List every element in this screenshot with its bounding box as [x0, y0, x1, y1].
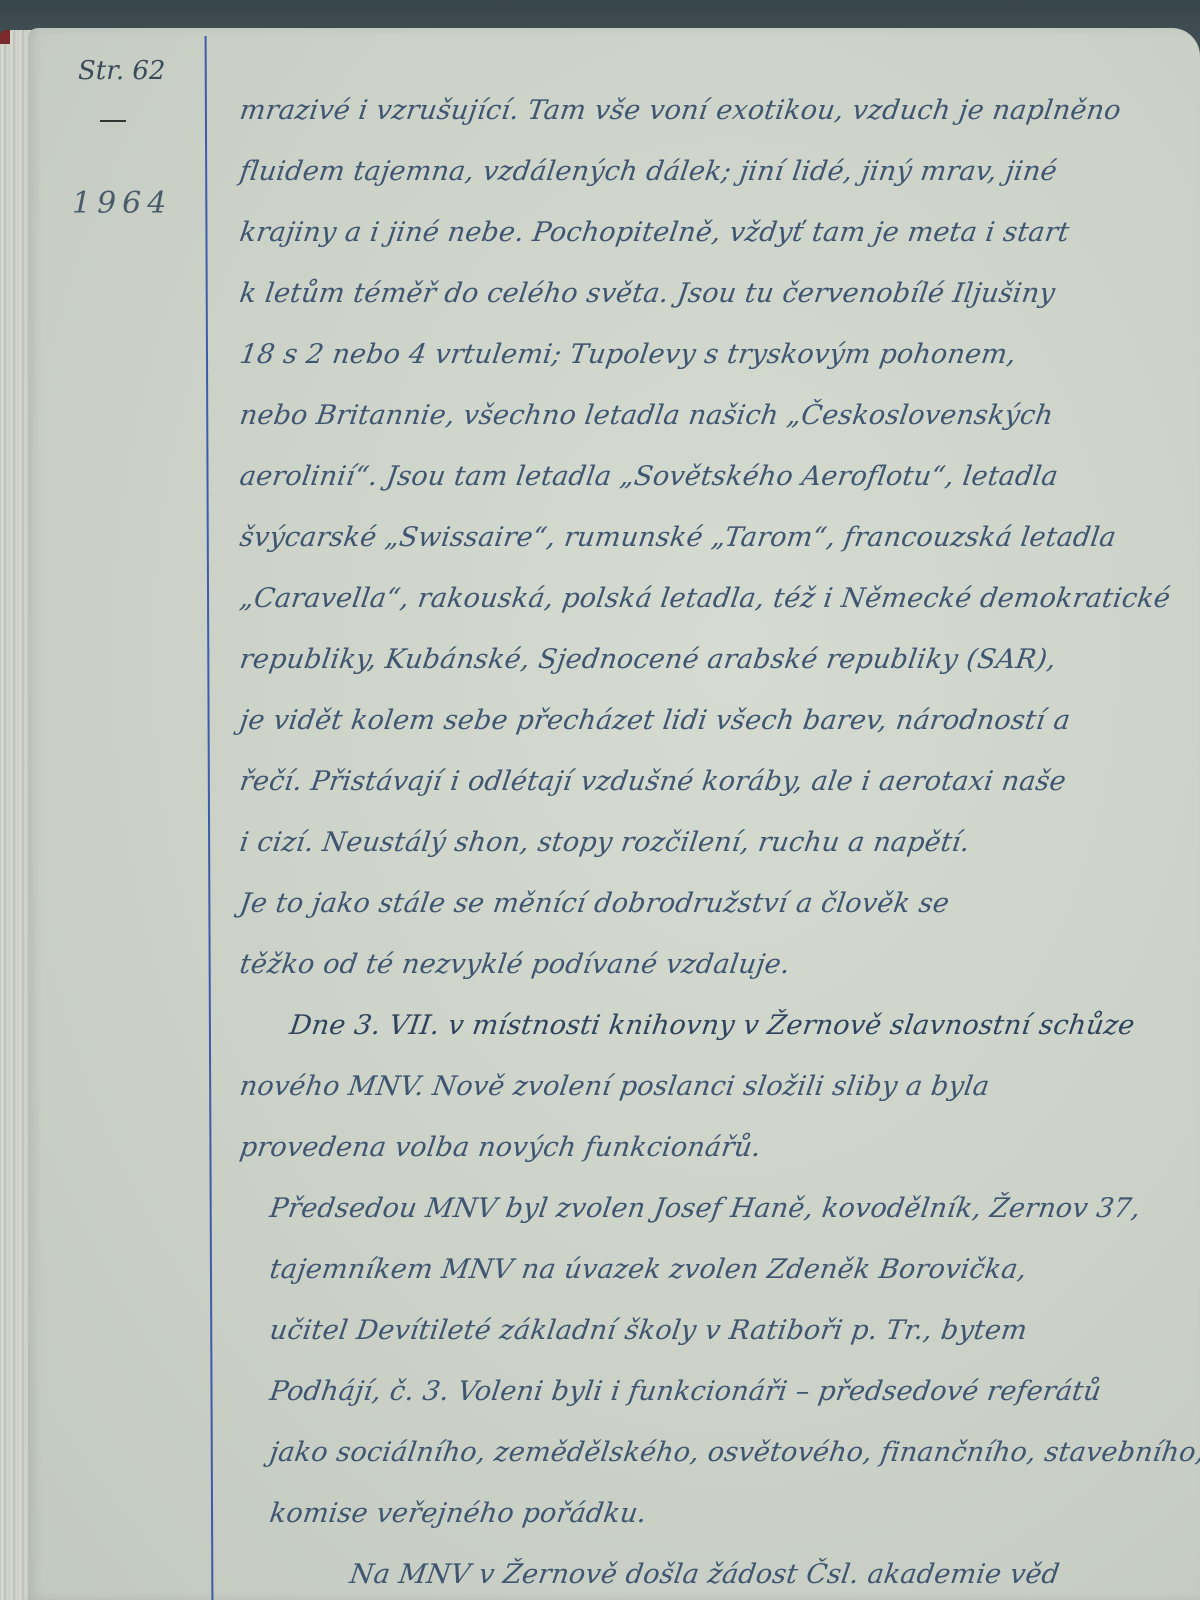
text-line: k letům téměř do celého světa. Jsou tu č… — [236, 263, 1180, 324]
text-line: aerolinií“. Jsou tam letadla „Sovětského… — [236, 446, 1180, 507]
text-line: je vidět kolem sebe přecházet lidi všech… — [236, 690, 1180, 751]
text-line: tajemníkem MNV na úvazek zvolen Zdeněk B… — [236, 1239, 1180, 1300]
text-line: i cizí. Neustálý shon, stopy rozčilení, … — [236, 812, 1180, 873]
paragraph-start-line: Na MNV v Žernově došla žádost Čsl. akade… — [236, 1544, 1180, 1600]
text-line: 18 s 2 nebo 4 vrtulemi; Tupolevy s trysk… — [236, 324, 1180, 385]
text-line: Podhájí, č. 3. Voleni byli i funkcionáři… — [236, 1361, 1180, 1422]
handwritten-body: mrazivé i vzrušující. Tam vše voní exoti… — [240, 80, 1175, 1600]
margin-rule-line — [205, 36, 214, 1600]
text-line: těžko od té nezvyklé podívané vzdaluje. — [236, 934, 1180, 995]
text-line: „Caravella“, rakouská, polská letadla, t… — [236, 568, 1180, 629]
text-line: Je to jako stále se měnící dobrodružství… — [236, 873, 1180, 934]
paragraph-start-line: Dne 3. VII. v místnosti knihovny v Žerno… — [236, 995, 1180, 1056]
text-line: provedena volba nových funkcionářů. — [236, 1117, 1180, 1178]
text-line: jako sociálního, zemědělského, osvětovéh… — [236, 1422, 1180, 1483]
text-line: učitel Devítileté základní školy v Ratib… — [236, 1300, 1180, 1361]
paragraph-start-line: Předsedou MNV byl zvolen Josef Haně, kov… — [236, 1178, 1180, 1239]
margin-separator — [100, 120, 126, 122]
text-line: nového MNV. Nově zvolení poslanci složil… — [236, 1056, 1180, 1117]
text-line: řečí. Přistávají i odlétají vzdušné korá… — [236, 751, 1180, 812]
text-line: komise veřejného pořádku. — [236, 1483, 1180, 1544]
text-line: republiky, Kubánské, Sjednocené arabské … — [236, 629, 1180, 690]
margin-year: 1964 — [72, 186, 172, 221]
text-line: mrazivé i vzrušující. Tam vše voní exoti… — [236, 80, 1180, 141]
page-number-label: Str. 62 — [78, 56, 165, 86]
chronicle-page: Str. 62 1964 mrazivé i vzrušující. Tam v… — [28, 28, 1200, 1600]
text-line: nebo Britannie, všechno letadla našich „… — [236, 385, 1180, 446]
text-line: fluidem tajemna, vzdálených dálek; jiní … — [236, 141, 1180, 202]
text-line: krajiny a i jiné nebe. Pochopitelně, vžd… — [236, 202, 1180, 263]
text-line: švýcarské „Swissaire“, rumunské „Tarom“,… — [236, 507, 1180, 568]
scanned-book-scene: Str. 62 1964 mrazivé i vzrušující. Tam v… — [0, 0, 1200, 1600]
